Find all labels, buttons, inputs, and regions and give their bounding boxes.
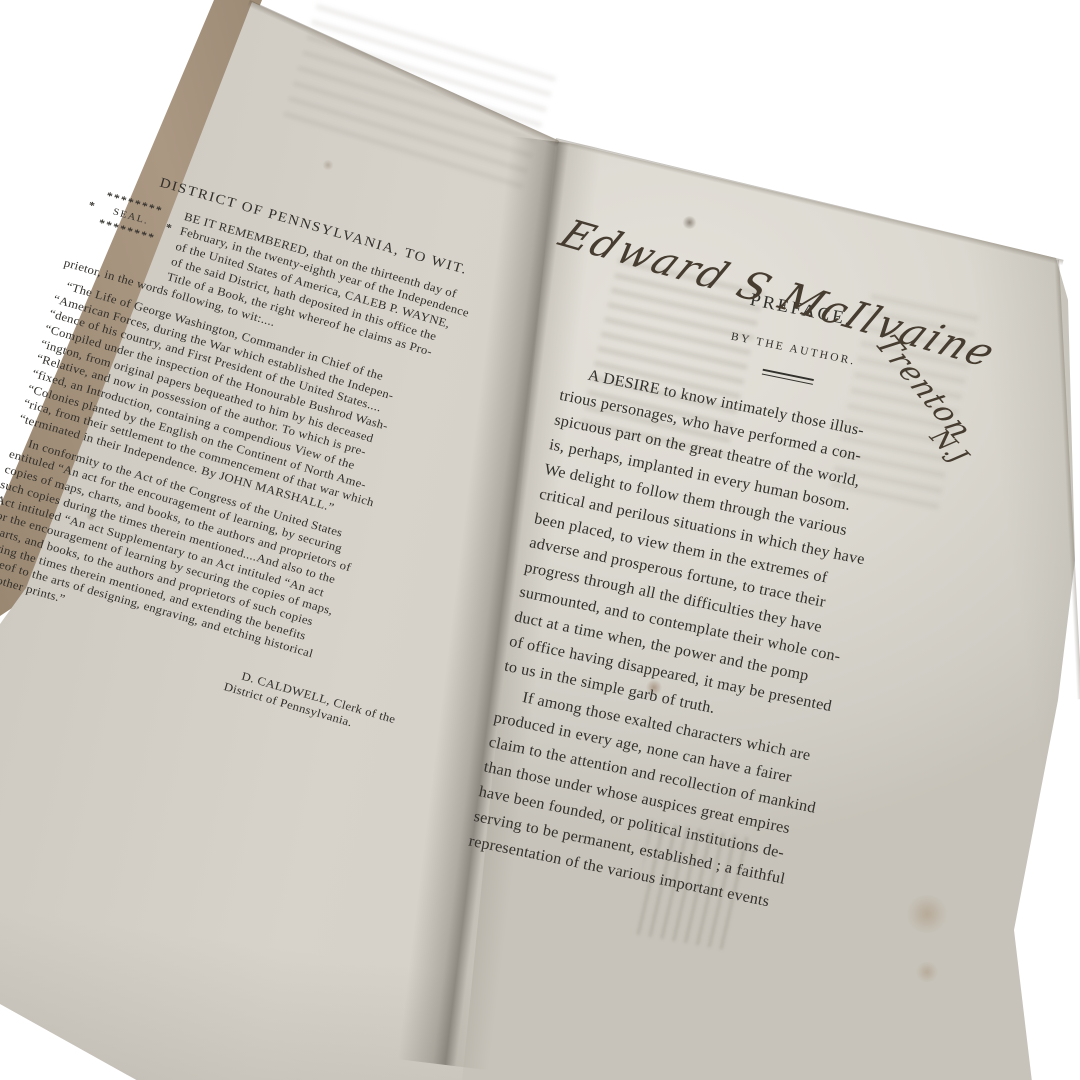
seal-border-right: *	[164, 220, 175, 236]
seal-border-left: *	[87, 198, 98, 214]
title-divider-rule	[762, 369, 814, 385]
book-photo: DISTRICT OF PENNSYLVANIA, TO WIT. ******…	[0, 0, 1080, 1080]
